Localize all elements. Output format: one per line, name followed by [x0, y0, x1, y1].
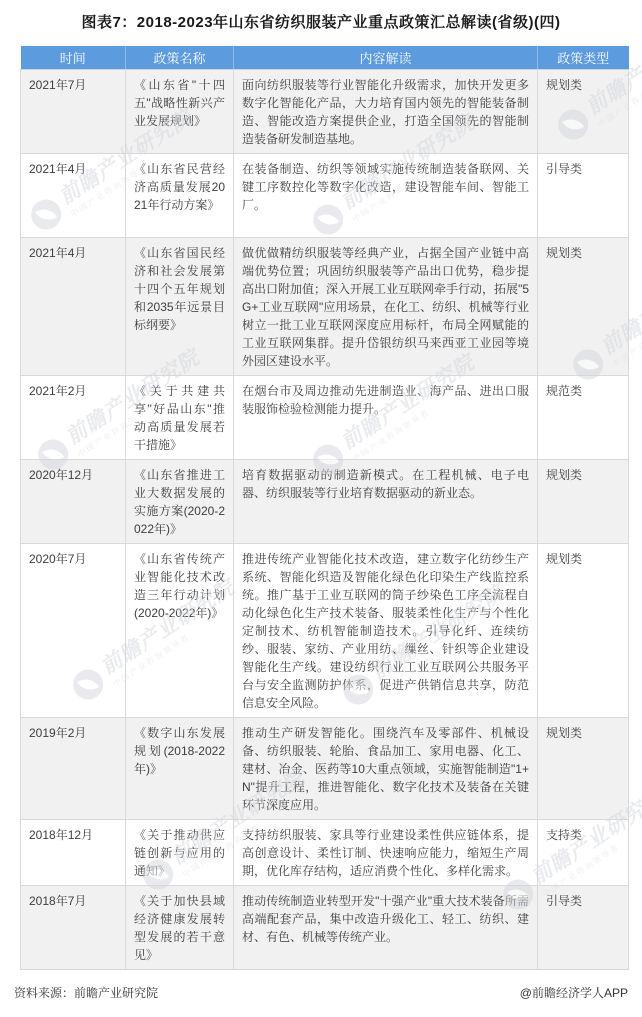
cell-content: 在烟台市及周边推动先进制造业、海产品、进出口服装服饰检验检测能力提升。 — [234, 375, 538, 459]
cell-content: 培育数据驱动的制造新模式。在工程机械、电子电器、纺织服装等行业培育数据驱动的新业… — [234, 459, 538, 543]
table-row: 2018年7月 《关于加快县域经济健康发展转型发展的若干意见》 推动传统制造业转… — [21, 885, 629, 969]
cell-time: 2021年7月 — [21, 69, 126, 153]
cell-policy-name: 《关于共建共享"好品山东"推动高质量发展若干措施》 — [126, 375, 234, 459]
cell-policy-name: 《数字山东发展规划(2018-2022年)》 — [126, 717, 234, 819]
cell-policy-type: 规划类 — [538, 459, 629, 543]
data-source: 资料来源：前瞻产业研究院 — [14, 984, 158, 1001]
cell-time: 2018年12月 — [21, 819, 126, 885]
cell-policy-type: 引导类 — [538, 153, 629, 237]
cell-policy-type: 规范类 — [538, 375, 629, 459]
table-container: 时间 政策名称 内容解读 政策类型 2021年7月 《山东省"十四五"战略性新兴… — [20, 46, 628, 970]
cell-content: 在装备制造、纺织等领域实施传统制造装备联网、关键工序数控化等数字化改造，建设智能… — [234, 153, 538, 237]
cell-time: 2021年4月 — [21, 237, 126, 375]
table-row: 2018年12月 《关于推动供应链创新与应用的通知》 支持纺织服装、家具等行业建… — [21, 819, 629, 885]
cell-content: 推动传统制造业转型开发"十强产业"重大技术装备所需高端配套产品，集中改造升级化工… — [234, 885, 538, 969]
cell-time: 2018年7月 — [21, 885, 126, 969]
cell-time: 2021年4月 — [21, 153, 126, 237]
column-header-type: 政策类型 — [538, 46, 629, 69]
table-row: 2021年4月 《山东省国民经济和社会发展第十四个五年规划和2035年远景目标纲… — [21, 237, 629, 375]
table-row: 2021年2月 《关于共建共享"好品山东"推动高质量发展若干措施》 在烟台市及周… — [21, 375, 629, 459]
column-header-time: 时间 — [21, 46, 126, 69]
cell-time: 2020年12月 — [21, 459, 126, 543]
cell-policy-name: 《关于加快县域经济健康发展转型发展的若干意见》 — [126, 885, 234, 969]
table-row: 2020年12月 《山东省推进工业大数据发展的实施方案(2020-2022年)》… — [21, 459, 629, 543]
column-header-name: 政策名称 — [126, 46, 234, 69]
cell-content: 做优做精纺织服装等经典产业，占据全国产业链中高端优势位置；巩固纺织服装等产品出口… — [234, 237, 538, 375]
column-header-content: 内容解读 — [234, 46, 538, 69]
cell-policy-type: 支持类 — [538, 819, 629, 885]
table-row: 2021年7月 《山东省"十四五"战略性新兴产业发展规划》 面向纺织服装等行业智… — [21, 69, 629, 153]
cell-policy-name: 《山东省推进工业大数据发展的实施方案(2020-2022年)》 — [126, 459, 234, 543]
cell-policy-name: 《山东省"十四五"战略性新兴产业发展规划》 — [126, 69, 234, 153]
app-credit: @前瞻经济学人APP — [520, 984, 628, 1001]
cell-policy-type: 规划类 — [538, 717, 629, 819]
table-row: 2020年7月 《山东省传统产业智能化技术改造三年行动计划(2020-2022年… — [21, 543, 629, 717]
header-row: 时间 政策名称 内容解读 政策类型 — [21, 46, 629, 69]
cell-policy-type: 规划类 — [538, 237, 629, 375]
policy-report-page: 前瞻产业研究院中国产业咨询领导者 前瞻产业研究院中国产业咨询领导者 前瞻产业研究… — [0, 0, 642, 1017]
cell-policy-type: 规划类 — [538, 543, 629, 717]
cell-content: 推动生产研发智能化。围绕汽车及零部件、机械设备、纺织服装、轮胎、食品加工、家用电… — [234, 717, 538, 819]
table-row: 2019年2月 《数字山东发展规划(2018-2022年)》 推动生产研发智能化… — [21, 717, 629, 819]
table-row: 2021年4月 《山东省民营经济高质量发展2021年行动方案》 在装备制造、纺织… — [21, 153, 629, 237]
page-title: 图表7：2018-2023年山东省纺织服装产业重点政策汇总解读(省级)(四) — [0, 0, 642, 32]
cell-policy-name: 《山东省民营经济高质量发展2021年行动方案》 — [126, 153, 234, 237]
cell-content: 支持纺织服装、家具等行业建设柔性供应链体系，提高创意设计、柔性订制、快速响应能力… — [234, 819, 538, 885]
cell-policy-name: 《山东省国民经济和社会发展第十四个五年规划和2035年远景目标纲要》 — [126, 237, 234, 375]
policy-table: 时间 政策名称 内容解读 政策类型 2021年7月 《山东省"十四五"战略性新兴… — [20, 46, 629, 970]
cell-policy-name: 《关于推动供应链创新与应用的通知》 — [126, 819, 234, 885]
cell-content: 面向纺织服装等行业智能化升级需求，加快开发更多数字化智能化产品，大力培育国内领先… — [234, 69, 538, 153]
cell-time: 2020年7月 — [21, 543, 126, 717]
cell-policy-type: 规划类 — [538, 69, 629, 153]
footer: 资料来源：前瞻产业研究院 @前瞻经济学人APP — [14, 984, 628, 1017]
cell-time: 2019年2月 — [21, 717, 126, 819]
cell-policy-name: 《山东省传统产业智能化技术改造三年行动计划(2020-2022年)》 — [126, 543, 234, 717]
cell-policy-type: 引导类 — [538, 885, 629, 969]
cell-time: 2021年2月 — [21, 375, 126, 459]
cell-content: 推进传统产业智能化技术改造，建立数字化纺纱生产系统、智能化织造及智能化绿色化印染… — [234, 543, 538, 717]
